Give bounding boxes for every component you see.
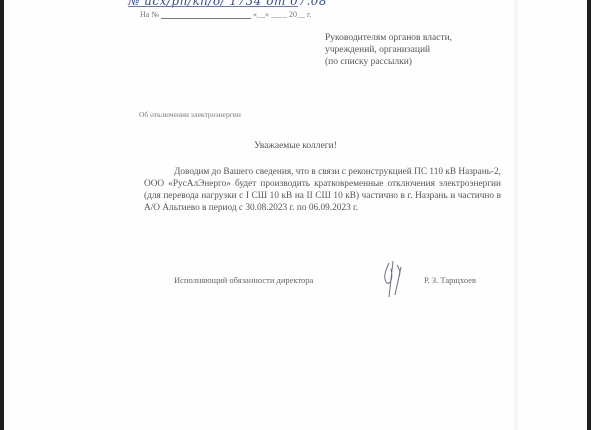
reference-date: «__» ____ 20__ г. <box>253 10 311 19</box>
scan-shadow <box>514 0 518 430</box>
handwritten-underline <box>128 6 298 7</box>
signatory-title: Исполняющий обязанности директора <box>174 275 313 285</box>
body-paragraph: Доводим до Вашего сведения, что в связи … <box>144 166 501 214</box>
letter-body: Доводим до Вашего сведения, что в связи … <box>144 166 501 214</box>
addressee-line: (по списку рассылки) <box>325 56 452 68</box>
reference-line: На № «__» ____ 20__ г. <box>140 10 311 19</box>
addressee-line: Руководителям органов власти, <box>325 32 452 44</box>
addressee-line: учреждений, организаций <box>325 44 452 56</box>
addressee-block: Руководителям органов власти, учреждений… <box>325 32 452 68</box>
signatory-name: Р. З. Тарщхоев <box>424 275 476 285</box>
reference-label: На № <box>140 10 159 19</box>
reference-blank <box>161 18 251 19</box>
subject-line: Об отключении электроэнергии <box>139 110 241 119</box>
greeting: Уважаемые коллеги! <box>4 141 587 151</box>
signature-scribble-icon <box>379 259 409 299</box>
document-page: № исх/рп/кп/о/ 1734 от 07.08 На № «__» _… <box>4 0 587 430</box>
